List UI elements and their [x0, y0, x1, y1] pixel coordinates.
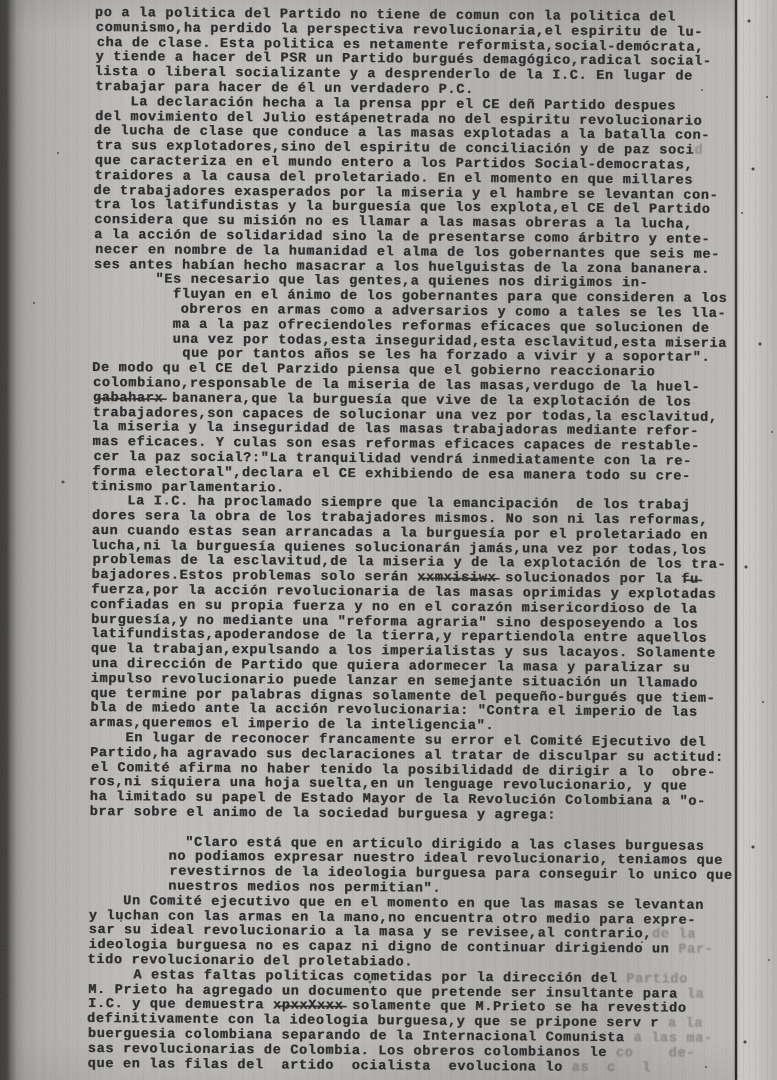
line-text: tinismo parlamentario.	[91, 479, 285, 496]
line-text-faded: la	[687, 987, 705, 1002]
line-text-faded: a la	[668, 1017, 703, 1032]
line-text: A estas faltas politicas cometidas por l…	[89, 968, 626, 987]
line-text-faded: de la	[652, 928, 696, 943]
line-text-faded: a las ma-	[634, 1031, 713, 1047]
line-text: que en las filas del artido ocialista ev…	[88, 1057, 572, 1076]
typewritten-text-block: po a la politica del Partido no tiene de…	[0, 6, 777, 1077]
line-text-faded: co de-	[616, 1046, 695, 1062]
ink-specks	[0, 0, 2, 2]
line-text-faded: Par-	[678, 943, 713, 958]
line-text-faded: Partido	[626, 972, 688, 987]
line-text-faded: d	[694, 144, 703, 159]
line-text-faded: as c l	[572, 1060, 651, 1076]
scanned-page: po a la politica del Partido no tiene de…	[0, 0, 777, 1080]
line-text: armas,queremos el imperio de la intelige…	[89, 716, 494, 734]
line-text: brar sobre el animo de la sociedad burgu…	[90, 805, 557, 824]
